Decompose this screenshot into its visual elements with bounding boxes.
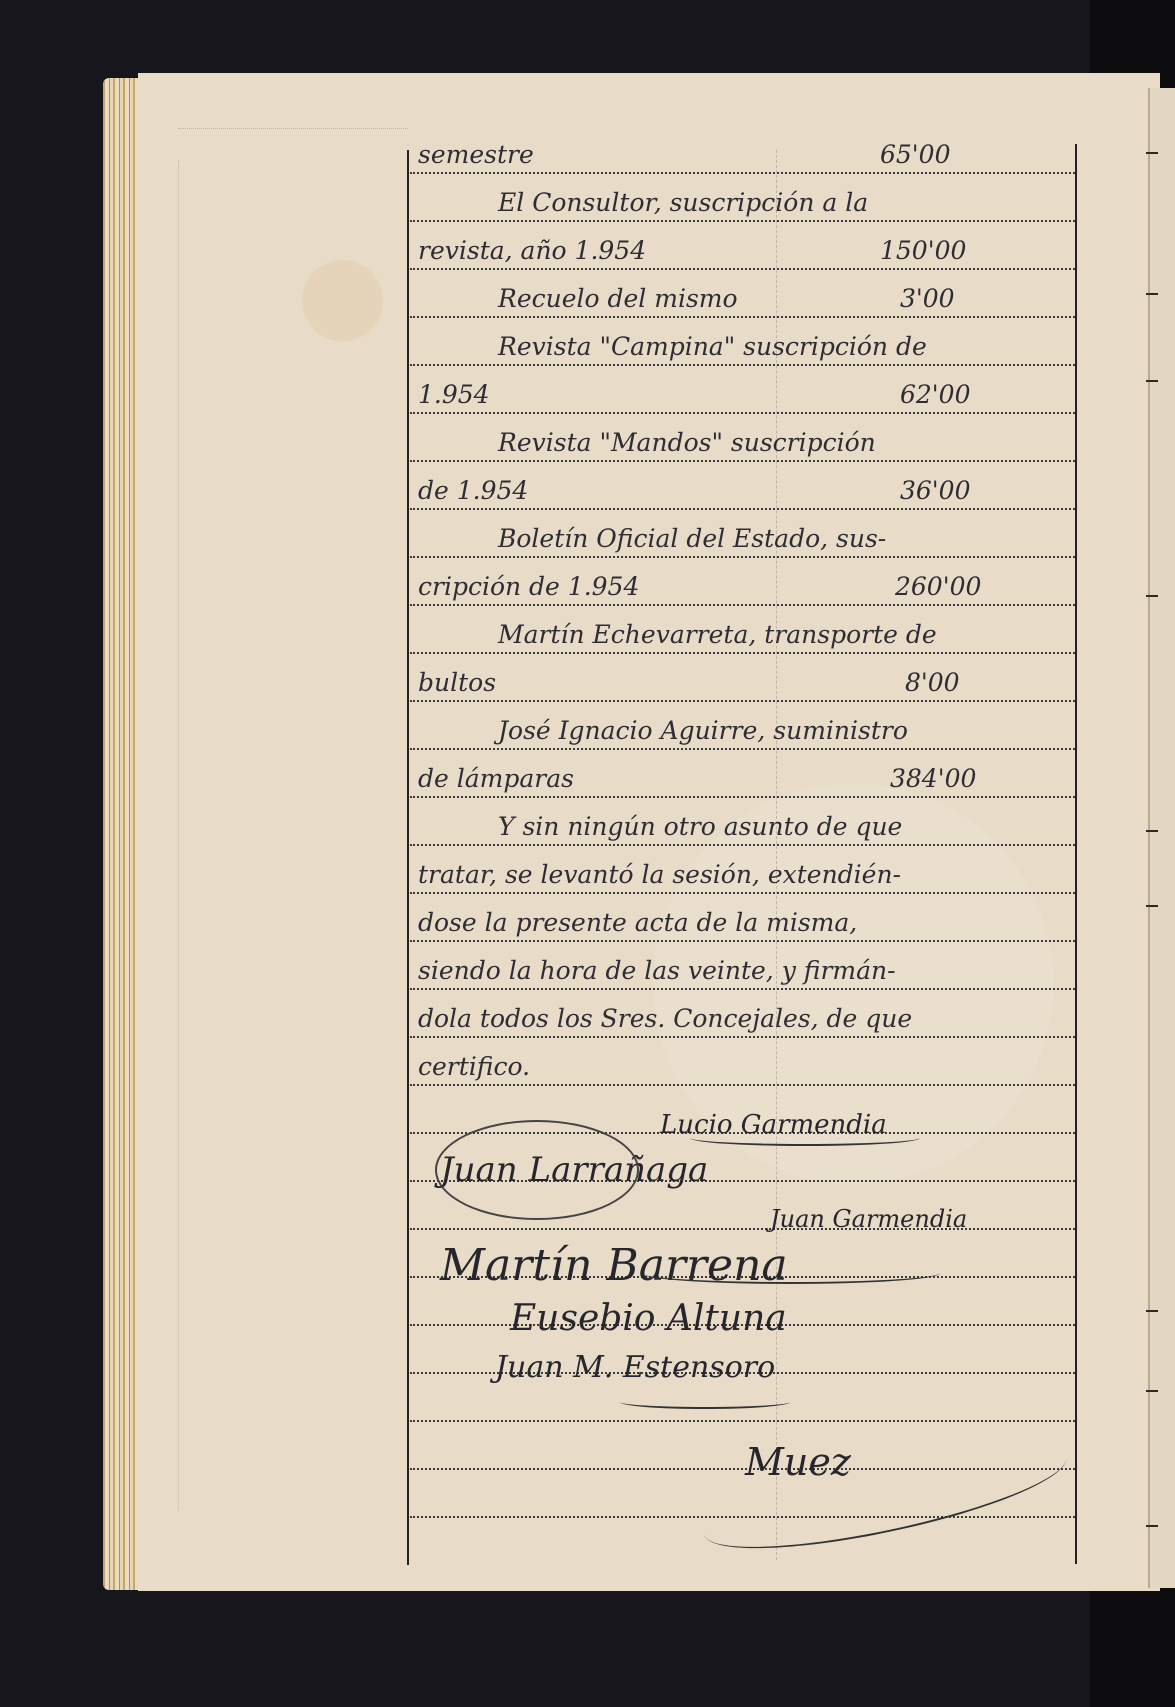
amount-value: 260'00: [895, 572, 981, 601]
amount-value: 150'00: [880, 236, 966, 265]
minutes-line: Boletín Oficial del Estado, sus-: [418, 524, 1148, 558]
minutes-line: Y sin ningún otro asunto de que: [418, 812, 1148, 846]
binding-stitch: [1146, 380, 1158, 382]
amount-value: 36'00: [900, 476, 971, 505]
binding-stitch: [1146, 152, 1158, 154]
signature-flourish: [640, 1262, 940, 1284]
binding-stitch: [1146, 1390, 1158, 1392]
minutes-line: Revista "Mandos" suscripción: [418, 428, 1148, 462]
ruled-line: [410, 1228, 1075, 1230]
minutes-line: semestre: [418, 140, 1068, 174]
binding-stitch: [1146, 905, 1158, 907]
signature-flourish: [690, 1130, 920, 1146]
minutes-line: certifico.: [418, 1052, 1068, 1086]
minutes-line: dola todos los Sres. Concejales, de que: [418, 1004, 1068, 1038]
binding-stitch: [1146, 1525, 1158, 1527]
minutes-line: Recuelo del mismo: [418, 284, 1148, 318]
binding-gutter: [1148, 88, 1175, 1588]
amount-value: 3'00: [900, 284, 955, 313]
signature: Juan Garmendia: [770, 1205, 967, 1233]
minutes-line: siendo la hora de las veinte, y firmán-: [418, 956, 1068, 990]
minutes-line: Revista "Campina" suscripción de: [418, 332, 1148, 366]
ruled-line: [410, 1420, 1075, 1422]
binding-stitch: [1146, 595, 1158, 597]
minutes-line: dose la presente acta de la misma,: [418, 908, 1068, 942]
minutes-line: El Consultor, suscripción a la: [418, 188, 1148, 222]
minutes-line: José Ignacio Aguirre, suministro: [418, 716, 1148, 750]
minutes-line: revista, año 1.954: [418, 236, 1068, 270]
amount-value: 65'00: [880, 140, 951, 169]
faint-margin-rule: [178, 128, 408, 130]
signature-flourish: [620, 1395, 790, 1409]
signature-flourish: [435, 1120, 639, 1220]
minutes-line: tratar, se levantó la sesión, extendién-: [418, 860, 1068, 894]
minutes-line: bultos: [418, 668, 1068, 702]
binding-stitch: [1146, 1310, 1158, 1312]
page-edges-stack: [103, 78, 143, 1590]
amount-value: 8'00: [905, 668, 960, 697]
amount-value: 62'00: [900, 380, 971, 409]
signature: Eusebio Altuna: [510, 1298, 787, 1339]
faint-margin-vertical: [178, 160, 180, 1510]
amount-value: 384'00: [890, 764, 976, 793]
minutes-line: Martín Echevarreta, transporte de: [418, 620, 1148, 654]
signature: Juan M. Estensoro: [495, 1350, 775, 1385]
left-margin-rule: [407, 150, 409, 1565]
